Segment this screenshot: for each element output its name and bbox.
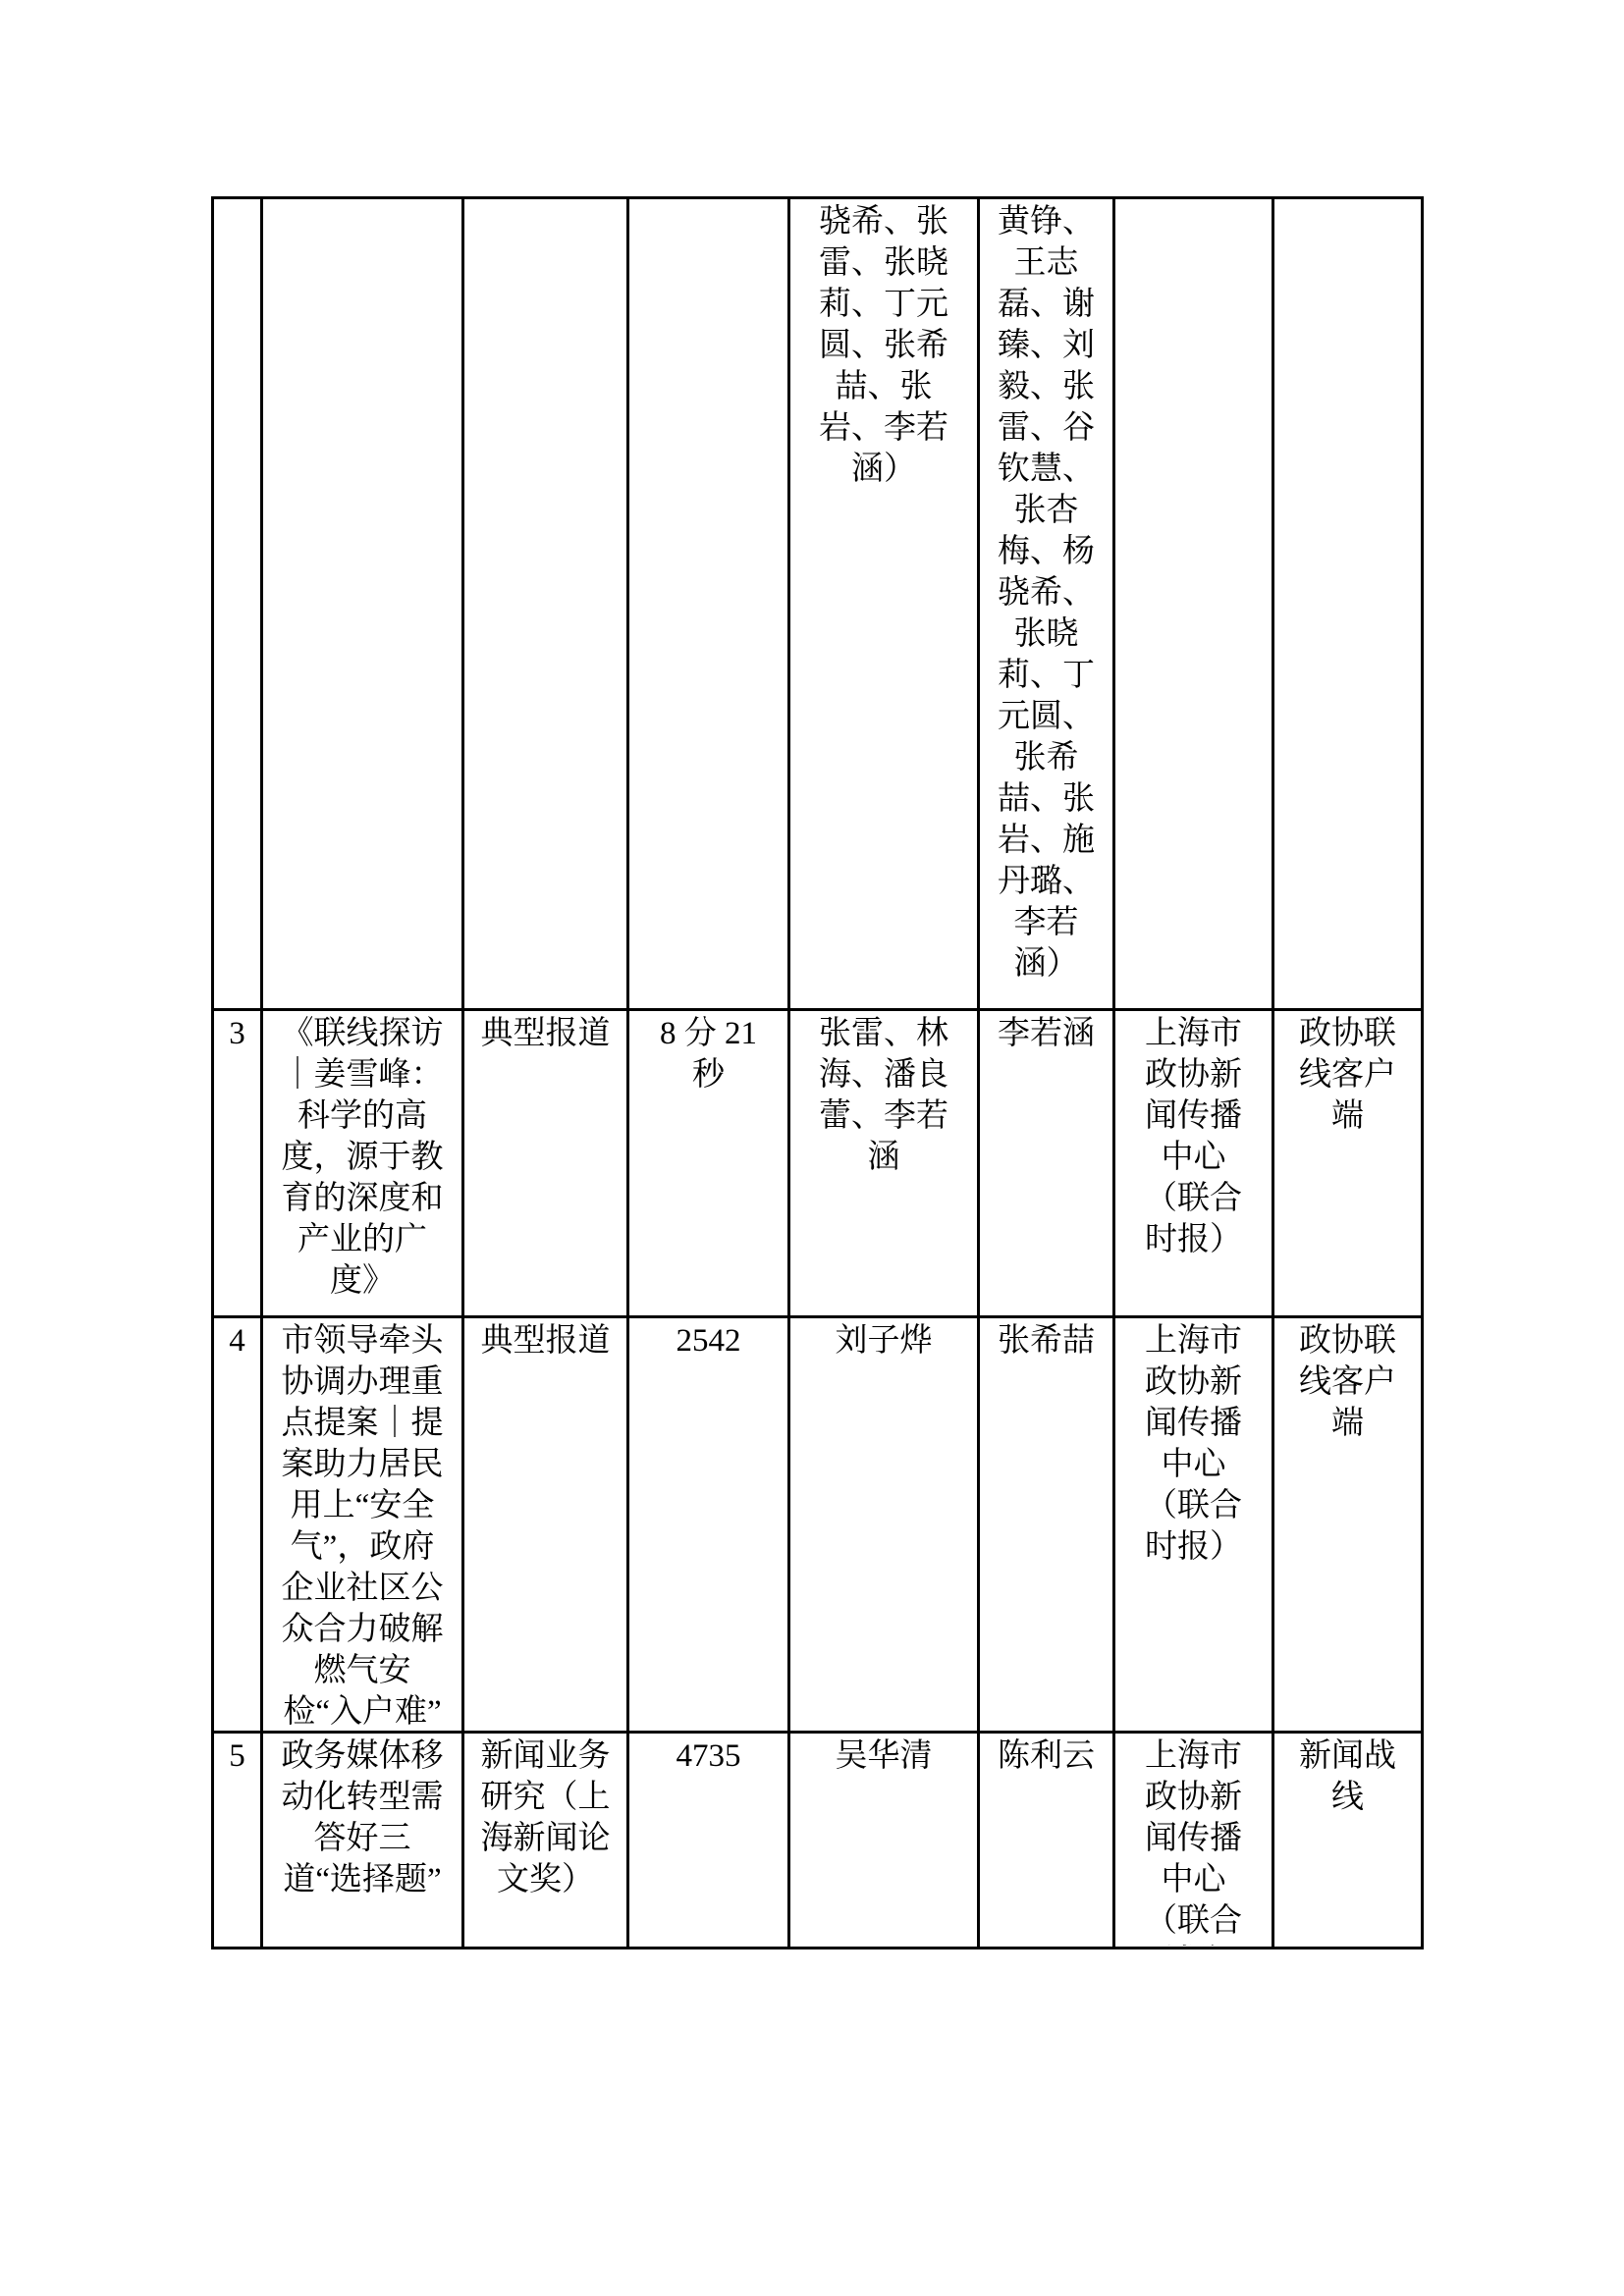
work-publication: 政协联线客户端 [1289, 1013, 1406, 1137]
work-title: 政务媒体移动化转型需答好三道“选择题” [278, 1735, 447, 1900]
work-authors: 刘子烨 [805, 1320, 962, 1362]
document-page: 骁希、张雷、张晓莉、丁元圆、张希喆、张岩、李若涵） 黄铮、王志磊、谢臻、刘毅、张… [0, 0, 1624, 2296]
row-number: 4 [229, 1320, 245, 1362]
count-cell: 4735 [628, 1733, 789, 1949]
work-count: 2542 [644, 1320, 773, 1362]
row-number-cell: 5 [213, 1733, 262, 1949]
works-table: 骁希、张雷、张晓莉、丁元圆、张希喆、张岩、李若涵） 黄铮、王志磊、谢臻、刘毅、张… [211, 196, 1424, 1949]
editor-cell: 陈利云 [979, 1733, 1114, 1949]
type-cell: 典型报道 [463, 1317, 628, 1733]
authors-cell: 张雷、林海、潘良蕾、李若涵 [789, 1010, 979, 1317]
cont-type-cell [463, 198, 628, 1010]
authors-cell: 吴华清 [789, 1733, 979, 1949]
title-cell: 政务媒体移动化转型需答好三道“选择题” [262, 1733, 463, 1949]
work-unit: 上海市政协新闻传播中心（联合时报） [1130, 1320, 1257, 1568]
title-cell: 市领导牵头协调办理重点提案｜提案助力居民用上“安全气”，政府企业社区公众合力破解… [262, 1317, 463, 1733]
row-number: 5 [229, 1735, 245, 1777]
work-unit: 上海市政协新闻传播中心（联合时报） [1130, 1013, 1257, 1260]
work-type: 典型报道 [479, 1013, 612, 1054]
work-authors: 吴华清 [805, 1735, 962, 1777]
cont-title-cell [262, 198, 463, 1010]
unit-cell: 上海市政协新闻传播中心（联合时报） [1114, 1733, 1273, 1949]
title-cell: 《联线探访｜姜雪峰：科学的高度，源于教育的深度和产业的广度》 [262, 1010, 463, 1317]
row-number-cell: 4 [213, 1317, 262, 1733]
cont-editors-text: 黄铮、王志磊、谢臻、刘毅、张雷、谷钦慧、张杏梅、杨骁希、张晓莉、丁元圆、张希喆、… [995, 201, 1098, 985]
publication-cell: 政协联线客户端 [1273, 1010, 1423, 1317]
work-authors: 张雷、林海、潘良蕾、李若涵 [805, 1013, 962, 1178]
cont-unit-cell [1114, 198, 1273, 1010]
work-title: 市领导牵头协调办理重点提案｜提案助力居民用上“安全气”，政府企业社区公众合力破解… [278, 1320, 447, 1731]
editor-cell: 张希喆 [979, 1317, 1114, 1733]
count-cell: 2542 [628, 1317, 789, 1733]
publication-cell: 新闻战线 [1273, 1733, 1423, 1949]
type-cell: 新闻业务研究（上海新闻论文奖） [463, 1733, 628, 1949]
publication-cell: 政协联线客户端 [1273, 1317, 1423, 1733]
cont-authors-cell: 骁希、张雷、张晓莉、丁元圆、张希喆、张岩、李若涵） [789, 198, 979, 1010]
cont-publication-cell [1273, 198, 1423, 1010]
count-cell: 8 分 21 秒 [628, 1010, 789, 1317]
cont-authors-text: 骁希、张雷、张晓莉、丁元圆、张希喆、张岩、李若涵） [805, 201, 962, 490]
work-editor: 张希喆 [995, 1320, 1098, 1362]
authors-cell: 刘子烨 [789, 1317, 979, 1733]
unit-cell: 上海市政协新闻传播中心（联合时报） [1114, 1317, 1273, 1733]
work-title: 《联线探访｜姜雪峰：科学的高度，源于教育的深度和产业的广度》 [278, 1013, 447, 1302]
table-row: 3 《联线探访｜姜雪峰：科学的高度，源于教育的深度和产业的广度》 典型报道 8 … [213, 1010, 1423, 1317]
cont-row-number-cell [213, 198, 262, 1010]
table-row-continuation: 骁希、张雷、张晓莉、丁元圆、张希喆、张岩、李若涵） 黄铮、王志磊、谢臻、刘毅、张… [213, 198, 1423, 1010]
work-editor: 李若涵 [995, 1013, 1098, 1054]
work-editor: 陈利云 [995, 1735, 1098, 1777]
cont-editors-cell: 黄铮、王志磊、谢臻、刘毅、张雷、谷钦慧、张杏梅、杨骁希、张晓莉、丁元圆、张希喆、… [979, 198, 1114, 1010]
table-row: 4 市领导牵头协调办理重点提案｜提案助力居民用上“安全气”，政府企业社区公众合力… [213, 1317, 1423, 1733]
table-row: 5 政务媒体移动化转型需答好三道“选择题” 新闻业务研究（上海新闻论文奖） 47… [213, 1733, 1423, 1949]
editor-cell: 李若涵 [979, 1010, 1114, 1317]
row-number: 3 [229, 1013, 245, 1054]
work-type: 典型报道 [479, 1320, 612, 1362]
work-unit: 上海市政协新闻传播中心（联合时报） [1130, 1735, 1257, 1946]
work-publication: 政协联线客户端 [1289, 1320, 1406, 1444]
work-publication: 新闻战线 [1289, 1735, 1406, 1818]
work-count: 8 分 21 秒 [644, 1013, 773, 1095]
unit-cell: 上海市政协新闻传播中心（联合时报） [1114, 1010, 1273, 1317]
cont-count-cell [628, 198, 789, 1010]
work-count: 4735 [644, 1735, 773, 1777]
row-number-cell: 3 [213, 1010, 262, 1317]
type-cell: 典型报道 [463, 1010, 628, 1317]
work-type: 新闻业务研究（上海新闻论文奖） [479, 1735, 612, 1900]
